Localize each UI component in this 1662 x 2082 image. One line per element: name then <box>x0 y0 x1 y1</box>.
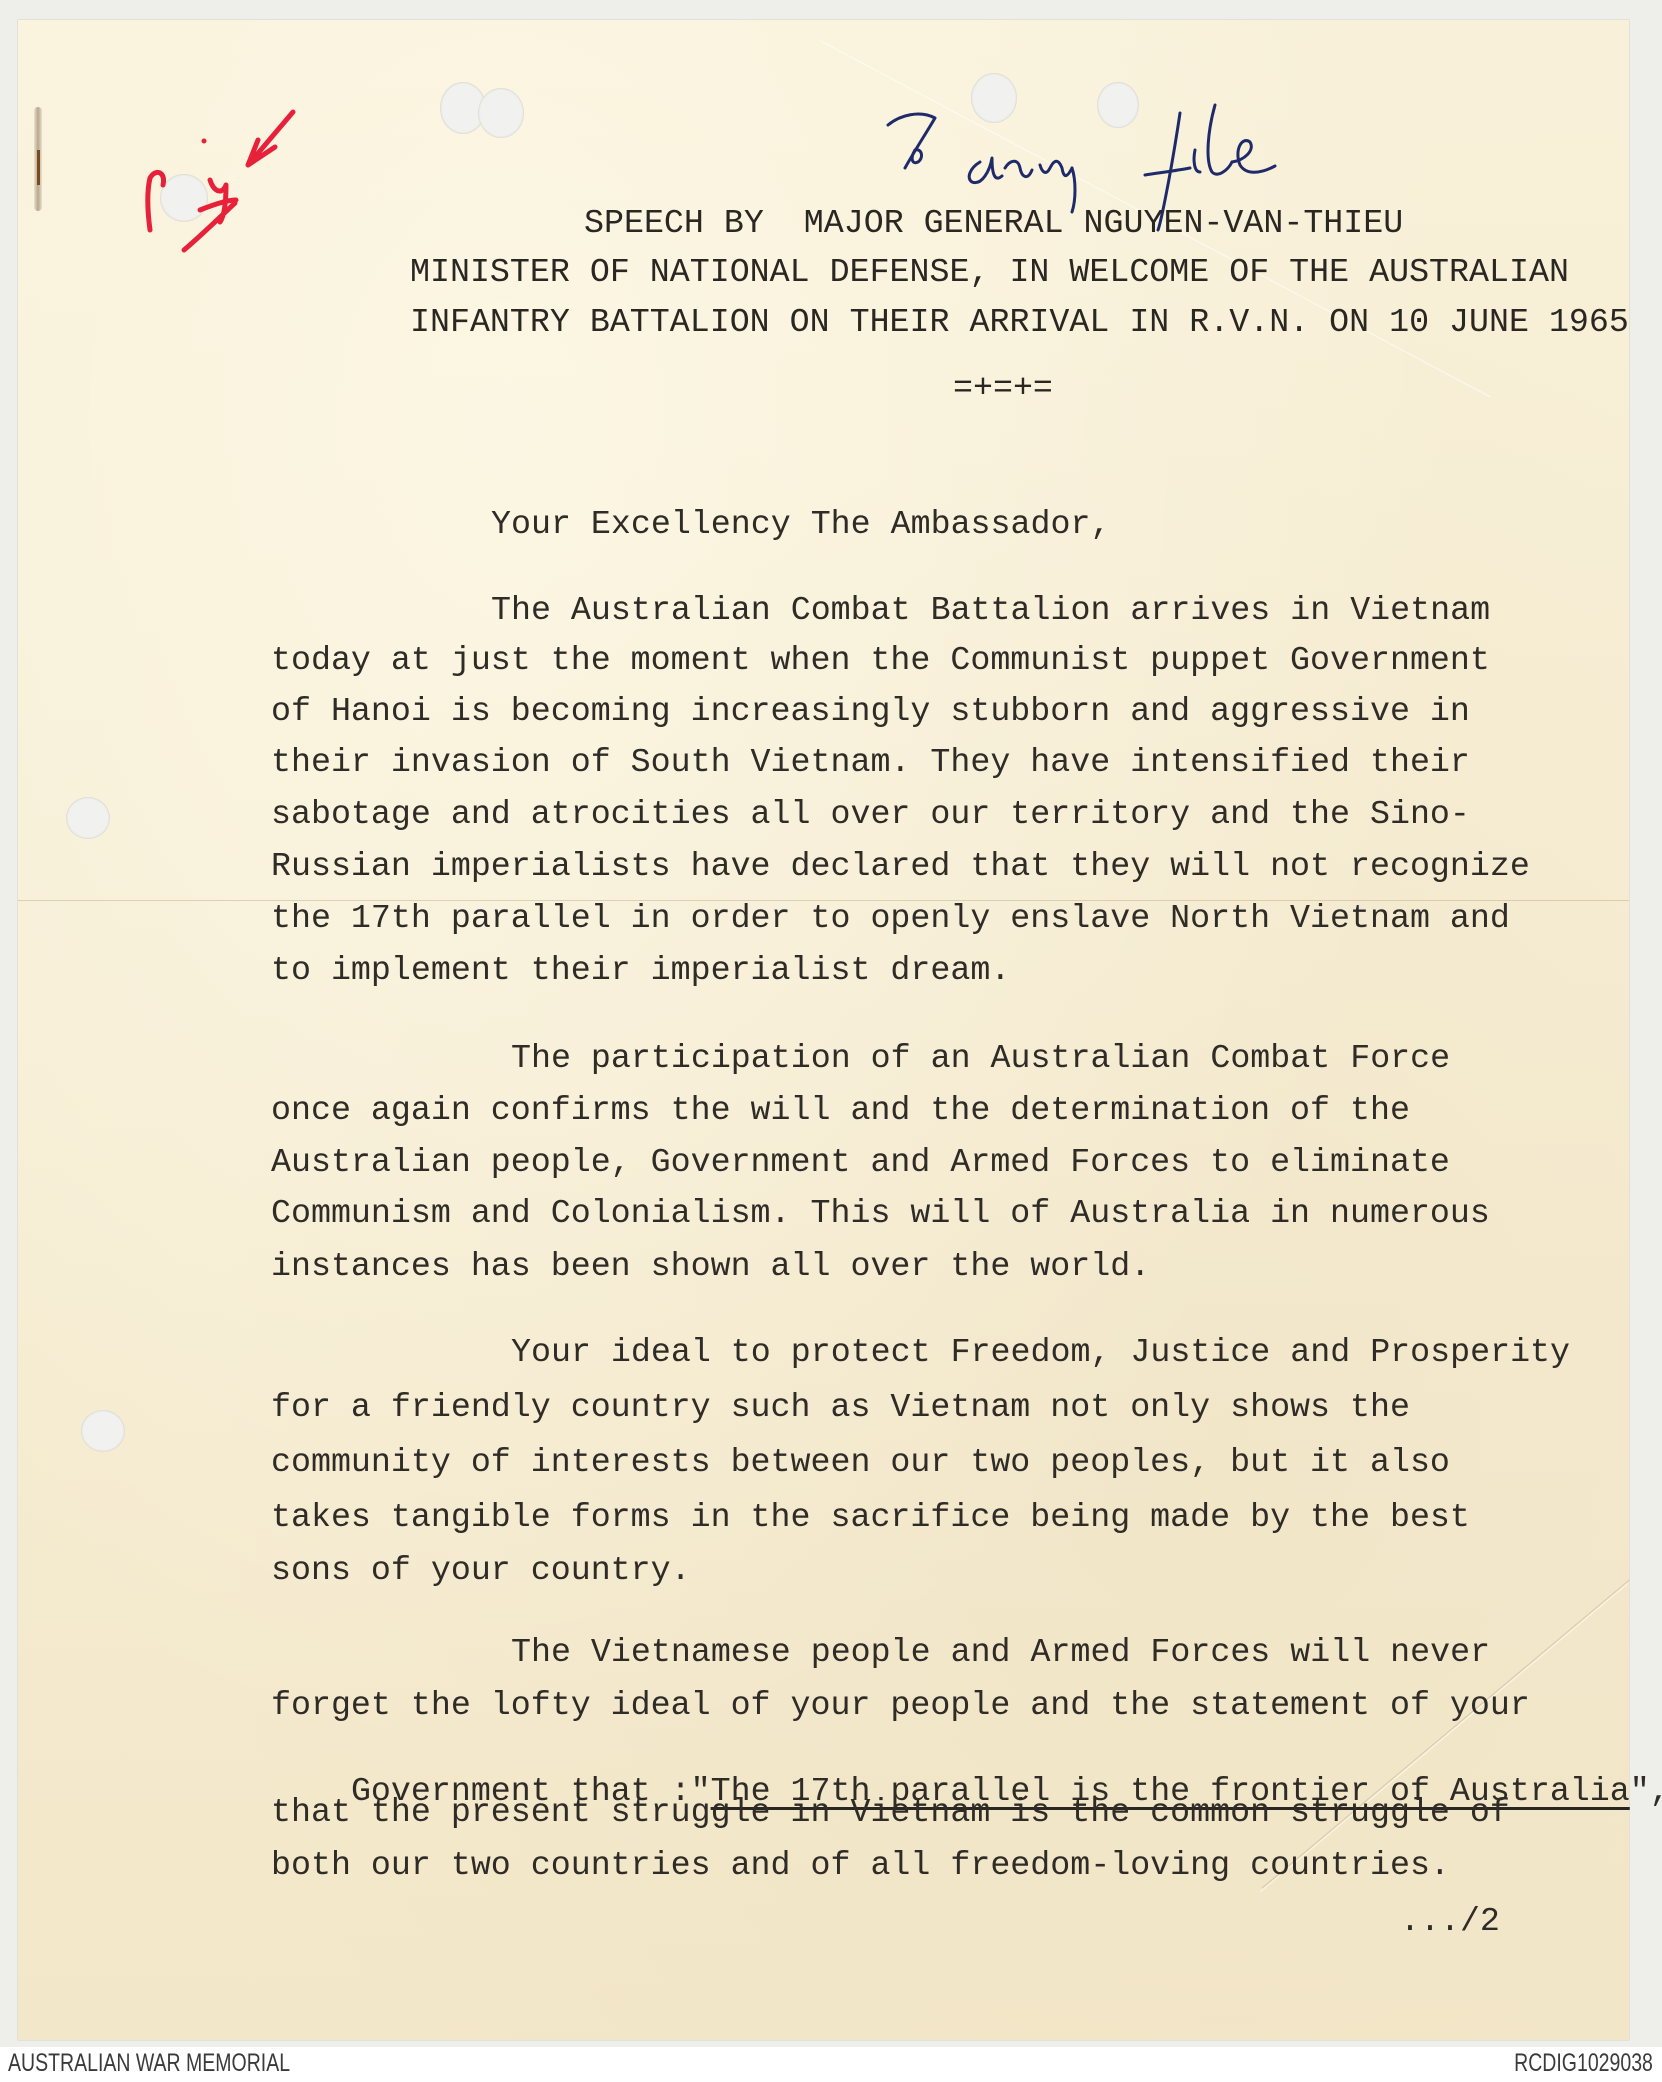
speech-heading-line-3: INFANTRY BATTALION ON THEIR ARRIVAL IN R… <box>410 306 1629 339</box>
speech-heading-line-1: SPEECH BY MAJOR GENERAL NGUYEN-VAN-THIEU <box>584 207 1403 240</box>
paragraph-line: The Australian Combat Battalion arrives … <box>491 594 1490 627</box>
salutation: Your Excellency The Ambassador, <box>491 508 1110 541</box>
footer-institution: AUSTRALIAN WAR MEMORIAL <box>8 2049 290 2077</box>
paragraph-line: today at just the moment when the Commun… <box>271 644 1490 677</box>
paragraph-line: of Hanoi is becoming increasingly stubbo… <box>271 695 1470 728</box>
paragraph-line: instances has been shown all over the wo… <box>271 1250 1150 1283</box>
handwritten-note-text: To daily file <box>0 0 6 1</box>
punch-hole <box>1097 82 1139 128</box>
paragraph-line: for a friendly country such as Vietnam n… <box>271 1391 1410 1424</box>
paragraph-line: Australian people, Government and Armed … <box>271 1146 1450 1179</box>
paragraph-line: to implement their imperialist dream. <box>271 954 1010 987</box>
staple-rust <box>37 150 40 185</box>
speech-heading-line-2: MINISTER OF NATIONAL DEFENSE, IN WELCOME… <box>410 256 1569 289</box>
paragraph-line: once again confirms the will and the det… <box>271 1094 1410 1127</box>
paragraph-line: Communism and Colonialism. This will of … <box>271 1197 1490 1230</box>
paragraph-line: sons of your country. <box>271 1554 691 1587</box>
paragraph-line: takes tangible forms in the sacrifice be… <box>271 1501 1470 1534</box>
punch-hole <box>160 174 208 222</box>
paragraph-line: that the present struggle in Vietnam is … <box>271 1796 1510 1829</box>
paragraph-line: The Vietnamese people and Armed Forces w… <box>511 1636 1490 1669</box>
paragraph-line: their invasion of South Vietnam. They ha… <box>271 746 1470 779</box>
paragraph-line: forget the lofty ideal of your people an… <box>271 1689 1530 1722</box>
paragraph-line: sabotage and atrocities all over our ter… <box>271 798 1470 831</box>
page-continuation: .../2 <box>1400 1905 1500 1938</box>
paragraph-line: Your ideal to protect Freedom, Justice a… <box>511 1336 1570 1369</box>
punch-hole <box>971 73 1017 123</box>
paragraph-line: Russian imperialists have declared that … <box>271 850 1530 883</box>
paragraph-line: the 17th parallel in order to openly ens… <box>271 902 1510 935</box>
punch-hole <box>478 88 524 138</box>
punch-hole <box>81 1410 125 1452</box>
footer-record-id: RCDIG1029038 <box>1514 2049 1653 2077</box>
paragraph-line: both our two countries and of all freedo… <box>271 1849 1450 1882</box>
quote-suffix: ", <box>1630 1772 1662 1810</box>
paragraph-line: The participation of an Australian Comba… <box>511 1042 1450 1075</box>
paragraph-line: community of interests between our two p… <box>271 1446 1450 1479</box>
punch-hole <box>66 797 110 839</box>
heading-separator: =+=+= <box>953 372 1053 405</box>
